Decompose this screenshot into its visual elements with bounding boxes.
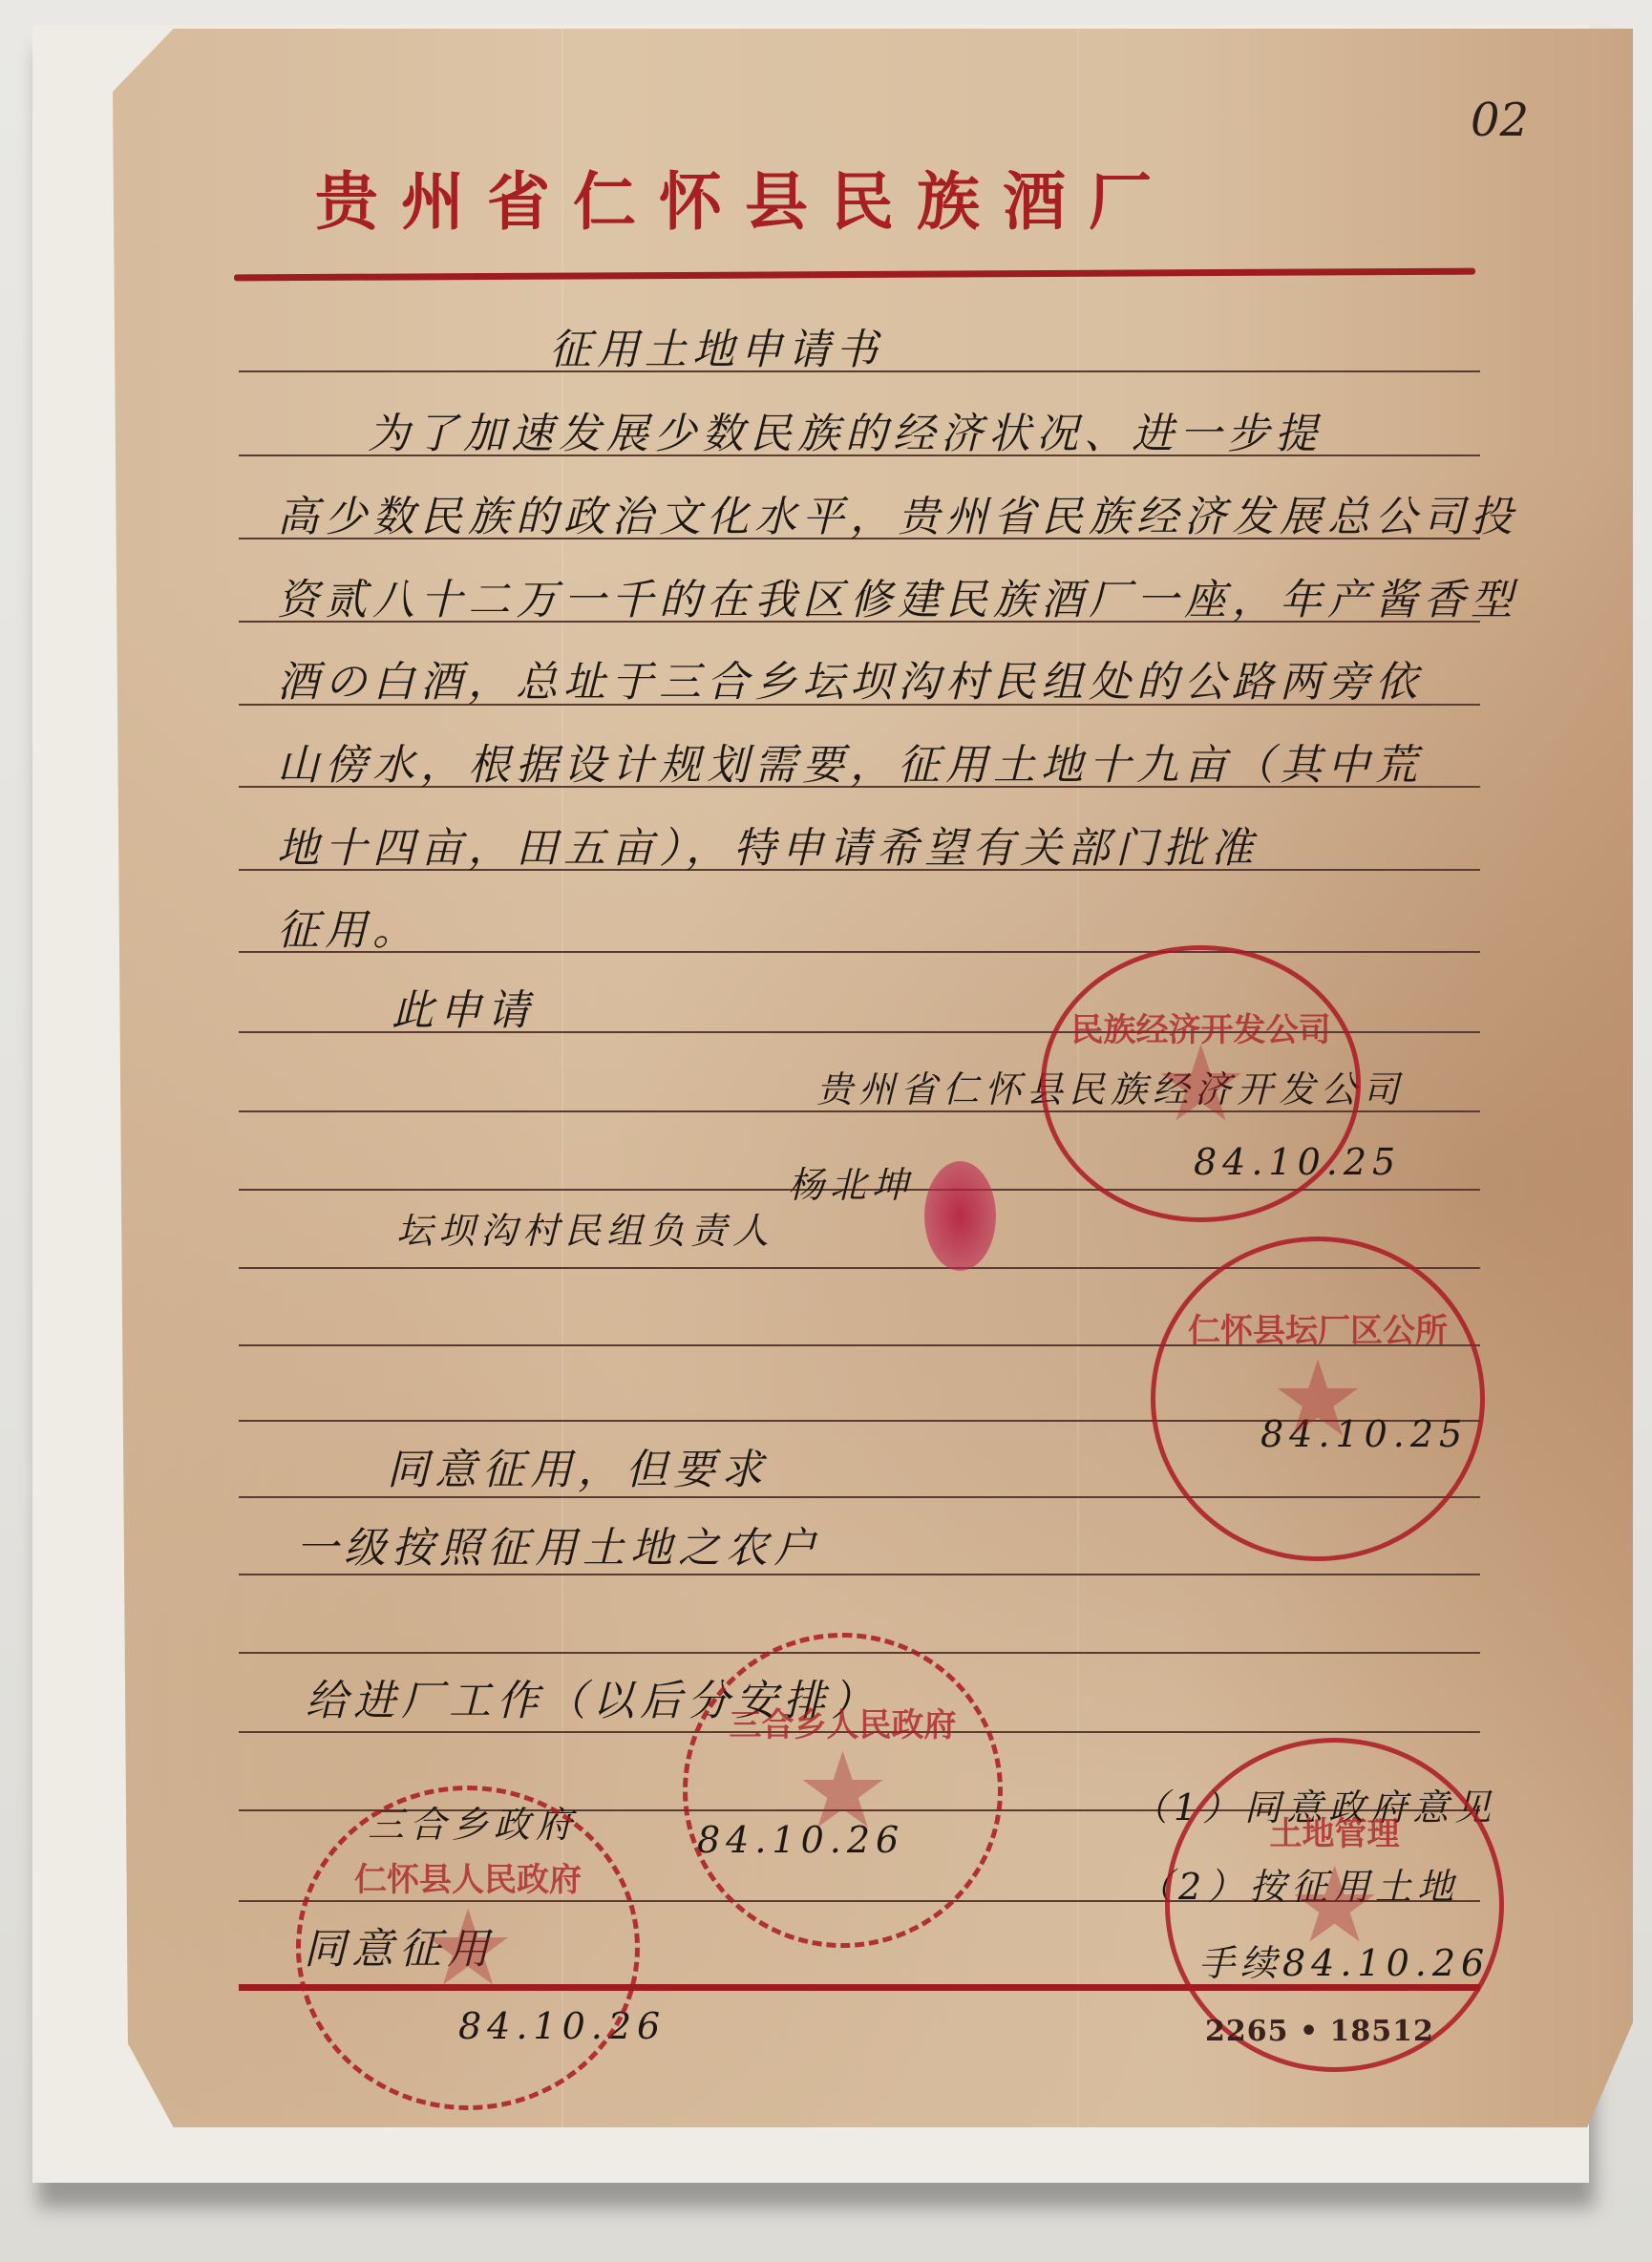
approval-line: 一级按照征用土地之农户 xyxy=(296,1513,821,1575)
approval-line: 同意征用，但要求 xyxy=(387,1435,769,1496)
body-line: 高少数民族的政治文化水平，贵州省民族经济发展总公司投 xyxy=(277,482,1518,543)
body-line: 地十四亩，田五亩），特申请希望有关部门批准 xyxy=(277,814,1259,875)
closing-text: 此申请 xyxy=(392,976,535,1037)
document-title: 征用土地申请书 xyxy=(549,315,883,376)
thumbprint xyxy=(924,1161,996,1271)
letterhead-title: 贵州省仁怀县民族酒厂 xyxy=(315,151,1175,242)
body-line: 酒の白酒，总址于三合乡坛坝沟村民组处的公路两旁依 xyxy=(277,647,1423,708)
body-line: 山傍水，根据设计规划需要，征用土地十九亩（其中荒 xyxy=(277,730,1423,792)
township-seal: 三合乡人民政府★ xyxy=(683,1633,1003,1948)
village-rep-name: 杨北坤 xyxy=(788,1155,914,1208)
company-seal: 民族经济开发公司★ xyxy=(1041,945,1361,1222)
district-seal: 仁怀县坛厂区公所★ xyxy=(1151,1237,1485,1561)
body-line: 为了加速发展少数民族的经济状况、进一步提 xyxy=(368,399,1323,460)
body-line: 征用。 xyxy=(277,896,420,957)
village-rep-label: 坛坝沟村民组负责人 xyxy=(396,1201,774,1254)
print-code: 2265 • 18512 xyxy=(1205,2015,1434,2048)
body-line: 资贰八十二万一千的在我区修建民族酒厂一座，年产酱香型 xyxy=(277,565,1518,626)
page-number: 02 xyxy=(1471,94,1529,147)
county-seal: 仁怀县人民政府★ xyxy=(296,1786,640,2110)
